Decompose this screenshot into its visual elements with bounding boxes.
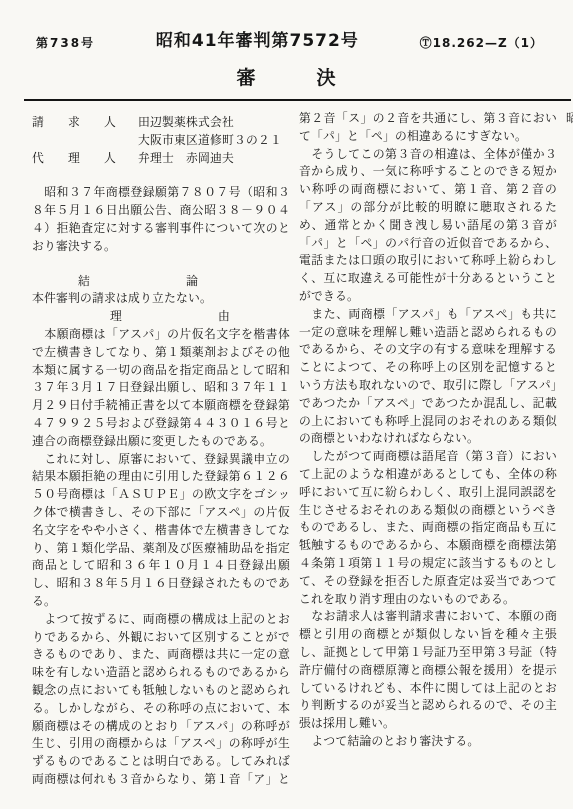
reason-paragraph: したがつて両商標は語尾音（第３音）において上記のような相違があるとしても、全体の… — [299, 448, 557, 608]
case-number: 昭和41年審判第7572号 — [95, 26, 420, 51]
claimant-address-spacer — [32, 132, 120, 150]
closing-block: 昭和４４年３月２５日 審判長 特許庁審判官 城 山 鉄 雄 特許庁審判官 安 達… — [566, 110, 573, 197]
reason-paragraph: よつて結論のとおり審決する。 — [299, 733, 557, 751]
reason-paragraph: そうしてこの第３音の相違は、全体が僅か３音から成り、一気に称呼することのできる短… — [299, 146, 557, 306]
conclusion-heading: 結 論 — [32, 273, 290, 291]
reason-paragraph: これに対し、原審において、登録異議申立の結果本願拒絶の理由に引用した登録第６１２… — [32, 451, 290, 611]
issue-number: 第738号 — [36, 34, 95, 51]
claimant-address: 大阪市東区道修町３の２１ — [138, 132, 282, 150]
conclusion-text: 本件審判の請求は成り立たない。 — [32, 290, 290, 308]
claimant-label: 請 求 人 — [32, 114, 120, 132]
document-title: 審 決 — [0, 63, 573, 90]
document-body: 請 求 人 田辺製薬株式会社 大阪市東区道修町３の２１ 代 理 人 弁理士 赤岡… — [32, 110, 557, 809]
signer-row: 特許庁審判官 戸 引 正 雄 — [566, 175, 573, 197]
signer-row: 審判長 特許庁審判官 城 山 鉄 雄 — [566, 131, 573, 153]
signer-row: 特許庁審判官 安 達 房 次 郎 — [566, 153, 573, 175]
page-header: 第738号 昭和41年審判第7572号 Ⓣ18.262—Z（1） — [0, 0, 573, 51]
claimant-name: 田辺製薬株式会社 — [138, 114, 234, 132]
reason-paragraph: 本願商標は「アスパ」の片仮名文字を楷書体で左横書きしてなり、第１類薬剤およびその… — [32, 326, 290, 451]
agent-label: 代 理 人 — [32, 150, 120, 168]
agent-name: 弁理士 赤岡迪夫 — [138, 150, 234, 168]
header-divider — [24, 99, 571, 101]
claimant-address-row: 大阪市東区道修町３の２１ — [32, 132, 290, 150]
classification-code: Ⓣ18.262—Z（1） — [420, 34, 543, 51]
decision-document-page: 第738号 昭和41年審判第7572号 Ⓣ18.262—Z（1） 審 決 請 求… — [0, 0, 573, 809]
decision-date: 昭和４４年３月２５日 — [566, 110, 573, 128]
claimant-row: 請 求 人 田辺製薬株式会社 — [32, 114, 290, 132]
reason-heading: 理 由 — [32, 308, 290, 326]
reason-paragraph: また、両商標「アスパ」も「アスペ」も共に一定の意味を理解し難い造語と認められるも… — [299, 306, 557, 448]
parties-block: 請 求 人 田辺製薬株式会社 大阪市東区道修町３の２１ 代 理 人 弁理士 赤岡… — [32, 114, 290, 167]
agent-row: 代 理 人 弁理士 赤岡迪夫 — [32, 150, 290, 168]
reason-paragraph: なお請求人は審判請求書において、本願の商標と引用の商標とが類似しない旨を種々主張… — [299, 608, 557, 733]
case-summary: 昭和３７年商標登録願第７８０７号（昭和３８年５月１６日出願公告、商公昭３８－９０… — [32, 184, 290, 255]
